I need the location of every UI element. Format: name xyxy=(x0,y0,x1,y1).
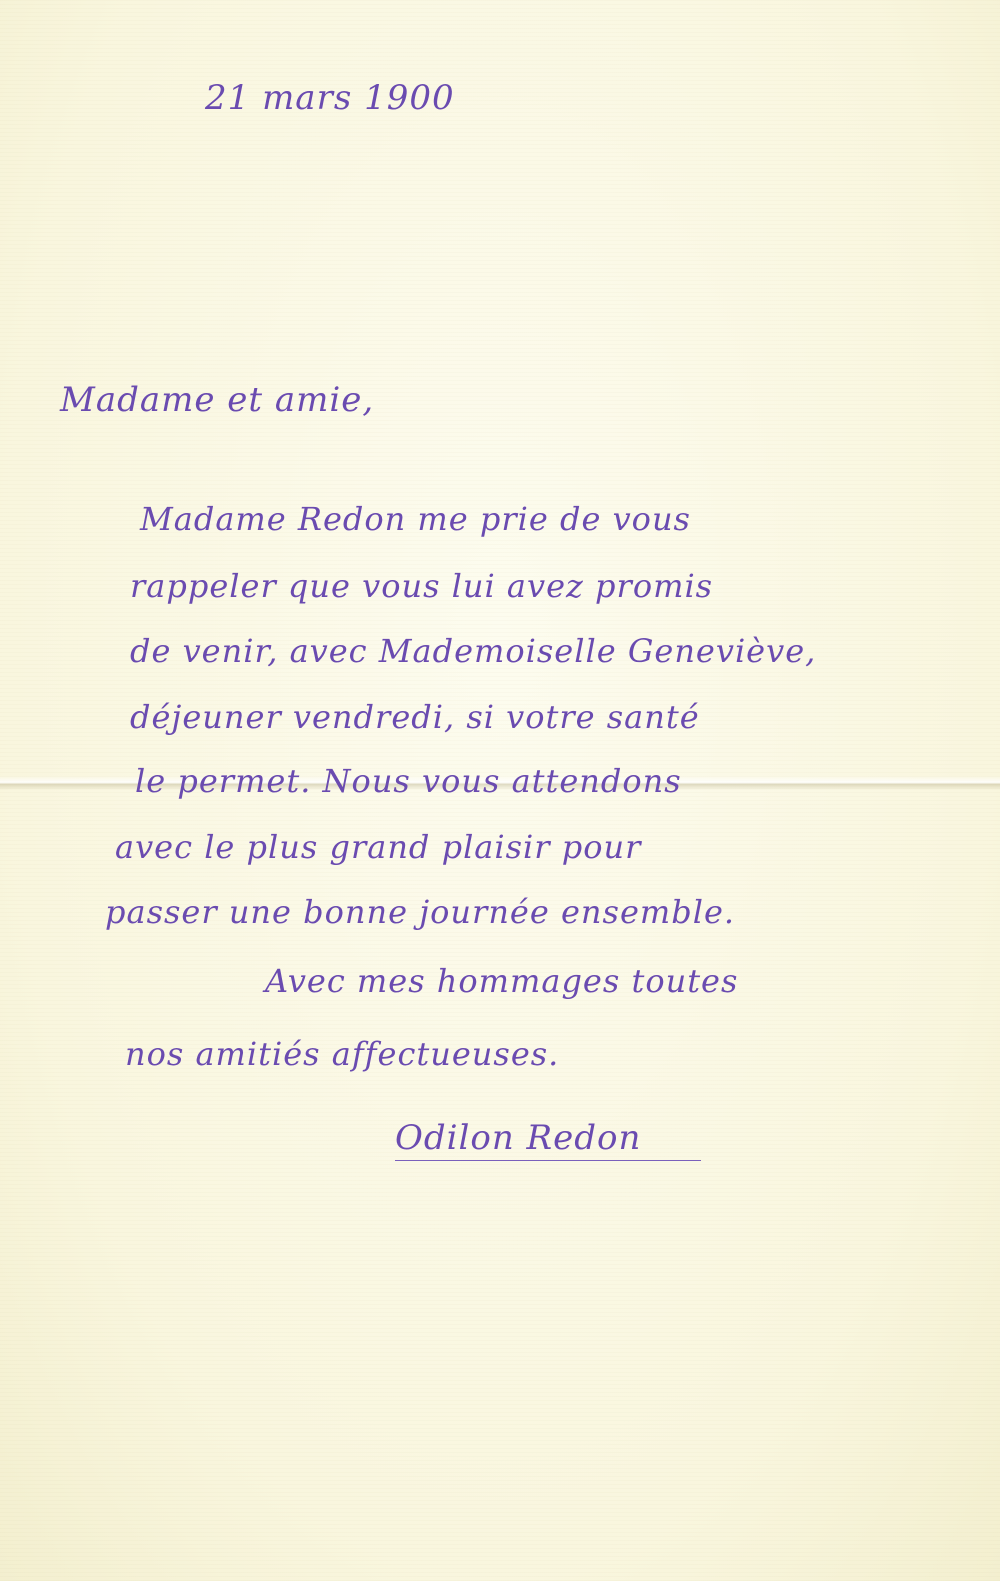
body-line: de venir, avec Mademoiselle Geneviève, xyxy=(130,632,816,670)
body-line: avec le plus grand plaisir pour xyxy=(115,828,641,866)
letter-salutation: Madame et amie, xyxy=(60,380,374,420)
body-line: le permet. Nous vous attendons xyxy=(135,762,682,800)
body-line: Avec mes hommages toutes xyxy=(265,962,738,1000)
body-line: passer une bonne journée ensemble. xyxy=(105,893,735,931)
body-line: déjeuner vendredi, si votre santé xyxy=(130,698,700,736)
body-line: Madame Redon me prie de vous xyxy=(140,500,691,538)
body-line: nos amitiés affectueuses. xyxy=(125,1035,559,1073)
body-line: rappeler que vous lui avez promis xyxy=(130,567,713,605)
letter-page: 21 mars 1900 Madame et amie, Madame Redo… xyxy=(0,0,1000,1581)
letter-date: 21 mars 1900 xyxy=(205,78,455,118)
signature: Odilon Redon xyxy=(395,1118,701,1161)
